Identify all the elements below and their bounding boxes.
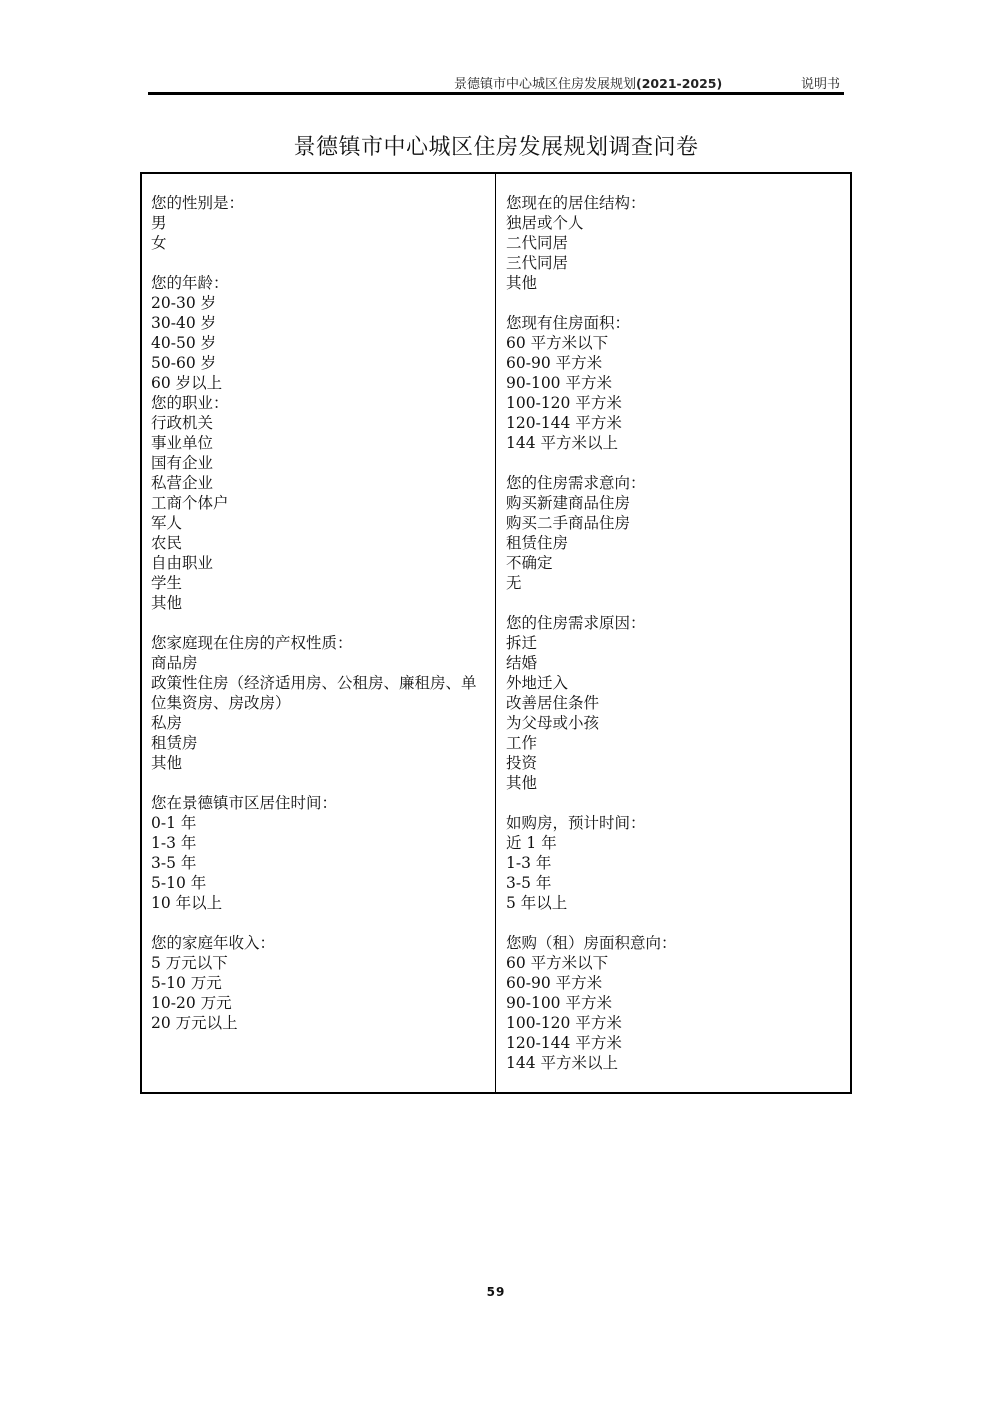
header-document-title: 景德镇市中心城区住房发展规划(2021-2025)	[454, 73, 722, 92]
answer-option: 60-90 平方米	[506, 973, 850, 993]
answer-option: 120-144 平方米	[506, 413, 850, 433]
left-column: 您的性别是：男女您的年龄：20-30 岁30-40 岁40-50 岁50-60 …	[142, 174, 496, 1092]
answer-option: 自由职业	[151, 553, 495, 573]
answer-option: 40-50 岁	[151, 333, 495, 353]
answer-option: 100-120 平方米	[506, 1013, 850, 1033]
question-label: 您的住房需求原因：	[506, 613, 850, 633]
answer-option: 1-3 年	[506, 853, 850, 873]
answer-option: 1-3 年	[151, 833, 495, 853]
question-block: 您的年龄：20-30 岁30-40 岁40-50 岁50-60 岁60 岁以上	[151, 273, 495, 393]
question-block: 您的住房需求意向：购买新建商品住房购买二手商品住房租赁住房不确定无	[506, 473, 850, 593]
answer-option: 其他	[151, 593, 495, 613]
answer-option: 不确定	[506, 553, 850, 573]
answer-option: 10-20 万元	[151, 993, 495, 1013]
answer-option: 政策性住房（经济适用房、公租房、廉租房、单位集资房、房改房）	[151, 673, 487, 713]
header-title-text: 景德镇市中心城区住房发展规划	[454, 77, 636, 92]
answer-option: 其他	[506, 773, 850, 793]
answer-option: 学生	[151, 573, 495, 593]
header-document-type: 说明书	[801, 73, 840, 92]
answer-option: 60 平方米以下	[506, 333, 850, 353]
answer-option: 改善居住条件	[506, 693, 850, 713]
answer-option: 0-1 年	[151, 813, 495, 833]
question-label: 您现在的居住结构：	[506, 193, 850, 213]
page-title: 景德镇市中心城区住房发展规划调查问卷	[0, 130, 992, 161]
answer-option: 其他	[506, 273, 850, 293]
answer-option: 工作	[506, 733, 850, 753]
question-label: 您的职业：	[151, 393, 495, 413]
answer-option: 私房	[151, 713, 495, 733]
answer-option: 外地迁入	[506, 673, 850, 693]
answer-option: 私营企业	[151, 473, 495, 493]
question-label: 您的家庭年收入：	[151, 933, 495, 953]
question-block: 您家庭现在住房的产权性质：商品房政策性住房（经济适用房、公租房、廉租房、单位集资…	[151, 633, 495, 773]
answer-option: 拆迁	[506, 633, 850, 653]
answer-option: 国有企业	[151, 453, 495, 473]
answer-option: 商品房	[151, 653, 495, 673]
answer-option: 60-90 平方米	[506, 353, 850, 373]
answer-option: 无	[506, 573, 850, 593]
answer-option: 男	[151, 213, 495, 233]
page-number: 59	[0, 1285, 992, 1299]
answer-option: 投资	[506, 753, 850, 773]
question-block: 您的性别是：男女	[151, 193, 495, 253]
answer-option: 120-144 平方米	[506, 1033, 850, 1053]
answer-option: 10 年以上	[151, 893, 495, 913]
answer-option: 100-120 平方米	[506, 393, 850, 413]
answer-option: 30-40 岁	[151, 313, 495, 333]
answer-option: 3-5 年	[506, 873, 850, 893]
question-label: 您现有住房面积：	[506, 313, 850, 333]
question-label: 如购房，预计时间：	[506, 813, 850, 833]
answer-option: 结婚	[506, 653, 850, 673]
answer-option: 3-5 年	[151, 853, 495, 873]
question-block: 您在景德镇市区居住时间：0-1 年1-3 年3-5 年5-10 年10 年以上	[151, 793, 495, 913]
answer-option: 其他	[151, 753, 495, 773]
question-label: 您在景德镇市区居住时间：	[151, 793, 495, 813]
answer-option: 20 万元以上	[151, 1013, 495, 1033]
question-block: 您现有住房面积：60 平方米以下60-90 平方米90-100 平方米100-1…	[506, 313, 850, 453]
answer-option: 事业单位	[151, 433, 495, 453]
question-label: 您购（租）房面积意向：	[506, 933, 850, 953]
question-block: 如购房，预计时间：近 1 年1-3 年3-5 年5 年以上	[506, 813, 850, 913]
answer-option: 近 1 年	[506, 833, 850, 853]
question-block: 您购（租）房面积意向：60 平方米以下60-90 平方米90-100 平方米10…	[506, 933, 850, 1073]
answer-option: 购买二手商品住房	[506, 513, 850, 533]
right-column: 您现在的居住结构：独居或个人二代同居三代同居其他您现有住房面积：60 平方米以下…	[497, 174, 850, 1092]
question-label: 您的性别是：	[151, 193, 495, 213]
answer-option: 5-10 年	[151, 873, 495, 893]
answer-option: 军人	[151, 513, 495, 533]
answer-option: 购买新建商品住房	[506, 493, 850, 513]
answer-option: 20-30 岁	[151, 293, 495, 313]
answer-option: 144 平方米以上	[506, 433, 850, 453]
answer-option: 租赁住房	[506, 533, 850, 553]
question-block: 您现在的居住结构：独居或个人二代同居三代同居其他	[506, 193, 850, 293]
answer-option: 5 万元以下	[151, 953, 495, 973]
answer-option: 90-100 平方米	[506, 993, 850, 1013]
question-label: 您的住房需求意向：	[506, 473, 850, 493]
running-header: 景德镇市中心城区住房发展规划(2021-2025) 说明书	[148, 70, 844, 95]
answer-option: 为父母或小孩	[506, 713, 850, 733]
questionnaire-table: 您的性别是：男女您的年龄：20-30 岁30-40 岁40-50 岁50-60 …	[140, 172, 852, 1094]
answer-option: 二代同居	[506, 233, 850, 253]
answer-option: 5-10 万元	[151, 973, 495, 993]
answer-option: 50-60 岁	[151, 353, 495, 373]
answer-option: 60 岁以上	[151, 373, 495, 393]
answer-option: 90-100 平方米	[506, 373, 850, 393]
answer-option: 农民	[151, 533, 495, 553]
question-block: 您的家庭年收入：5 万元以下5-10 万元10-20 万元20 万元以上	[151, 933, 495, 1033]
answer-option: 144 平方米以上	[506, 1053, 850, 1073]
answer-option: 独居或个人	[506, 213, 850, 233]
answer-option: 女	[151, 233, 495, 253]
answer-option: 租赁房	[151, 733, 495, 753]
answer-option: 工商个体户	[151, 493, 495, 513]
question-block: 您的住房需求原因：拆迁结婚外地迁入改善居住条件为父母或小孩工作投资其他	[506, 613, 850, 793]
answer-option: 三代同居	[506, 253, 850, 273]
answer-option: 60 平方米以下	[506, 953, 850, 973]
question-label: 您家庭现在住房的产权性质：	[151, 633, 495, 653]
question-label: 您的年龄：	[151, 273, 495, 293]
answer-option: 5 年以上	[506, 893, 850, 913]
answer-option: 行政机关	[151, 413, 495, 433]
header-years: (2021-2025)	[636, 76, 722, 91]
question-block: 您的职业：行政机关事业单位国有企业私营企业工商个体户军人农民自由职业学生其他	[151, 393, 495, 613]
